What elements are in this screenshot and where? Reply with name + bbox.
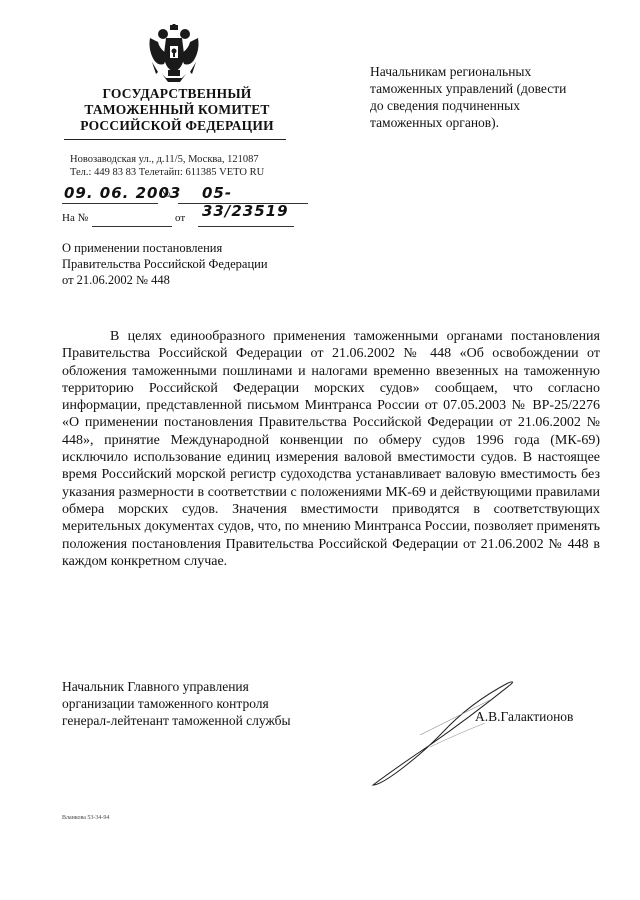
- addressee: Начальникам региональных таможенных упра…: [370, 63, 620, 131]
- date-underline: [62, 203, 158, 204]
- subject-line-3: от 21.06.2002 № 448: [62, 272, 268, 288]
- ref-label: На №: [62, 212, 88, 224]
- org-name-line-3: РОССИЙСКОЙ ФЕДЕРАЦИИ: [62, 118, 292, 134]
- address-line: Новозаводская ул., д.11/5, Москва, 12108…: [70, 153, 264, 166]
- organization-name: ГОСУДАРСТВЕННЫЙ ТАМОЖЕННЫЙ КОМИТЕТ РОССИ…: [62, 86, 292, 134]
- signer-title-line-2: организации таможенного контроля: [62, 695, 291, 712]
- addressee-line-4: таможенных органов).: [370, 114, 620, 131]
- org-address: Новозаводская ул., д.11/5, Москва, 12108…: [70, 153, 264, 179]
- subject-line-1: О применении постановления: [62, 240, 268, 256]
- subject-line-2: Правительства Российской Федерации: [62, 256, 268, 272]
- from-date-line: [198, 226, 294, 227]
- phone-line: Тел.: 449 83 83 Телетайп: 611385 VETO RU: [70, 166, 264, 179]
- addressee-line-2: таможенных управлений (довести: [370, 80, 620, 97]
- signer-name: А.В.Галактионов: [475, 709, 573, 725]
- addressee-line-3: до сведения подчиненных: [370, 97, 620, 114]
- org-name-line-2: ТАМОЖЕННЫЙ КОМИТЕТ: [62, 102, 292, 118]
- emblem-icon: [146, 24, 202, 84]
- reference-row: На № от: [62, 210, 312, 230]
- signer-title: Начальник Главного управления организаци…: [62, 678, 291, 729]
- ref-number-line: [92, 226, 172, 227]
- header-divider: [64, 139, 286, 140]
- letter-subject: О применении постановления Правительства…: [62, 240, 268, 288]
- registration-date-number: 09. 06. 2003 № 05-33/23519: [62, 184, 312, 208]
- letter-body: В целях единообразного применения таможе…: [62, 328, 600, 570]
- signer-title-line-1: Начальник Главного управления: [62, 678, 291, 695]
- signer-title-line-3: генерал-лейтенант таможенной службы: [62, 712, 291, 729]
- org-name-line-1: ГОСУДАРСТВЕННЫЙ: [62, 86, 292, 102]
- number-label: №: [160, 188, 171, 200]
- from-label: от: [175, 212, 185, 224]
- addressee-line-1: Начальникам региональных: [370, 63, 620, 80]
- executor-info: Вланкова 53-34-94: [62, 815, 109, 821]
- handwritten-signature-icon: [370, 675, 520, 795]
- number-underline: [178, 203, 308, 204]
